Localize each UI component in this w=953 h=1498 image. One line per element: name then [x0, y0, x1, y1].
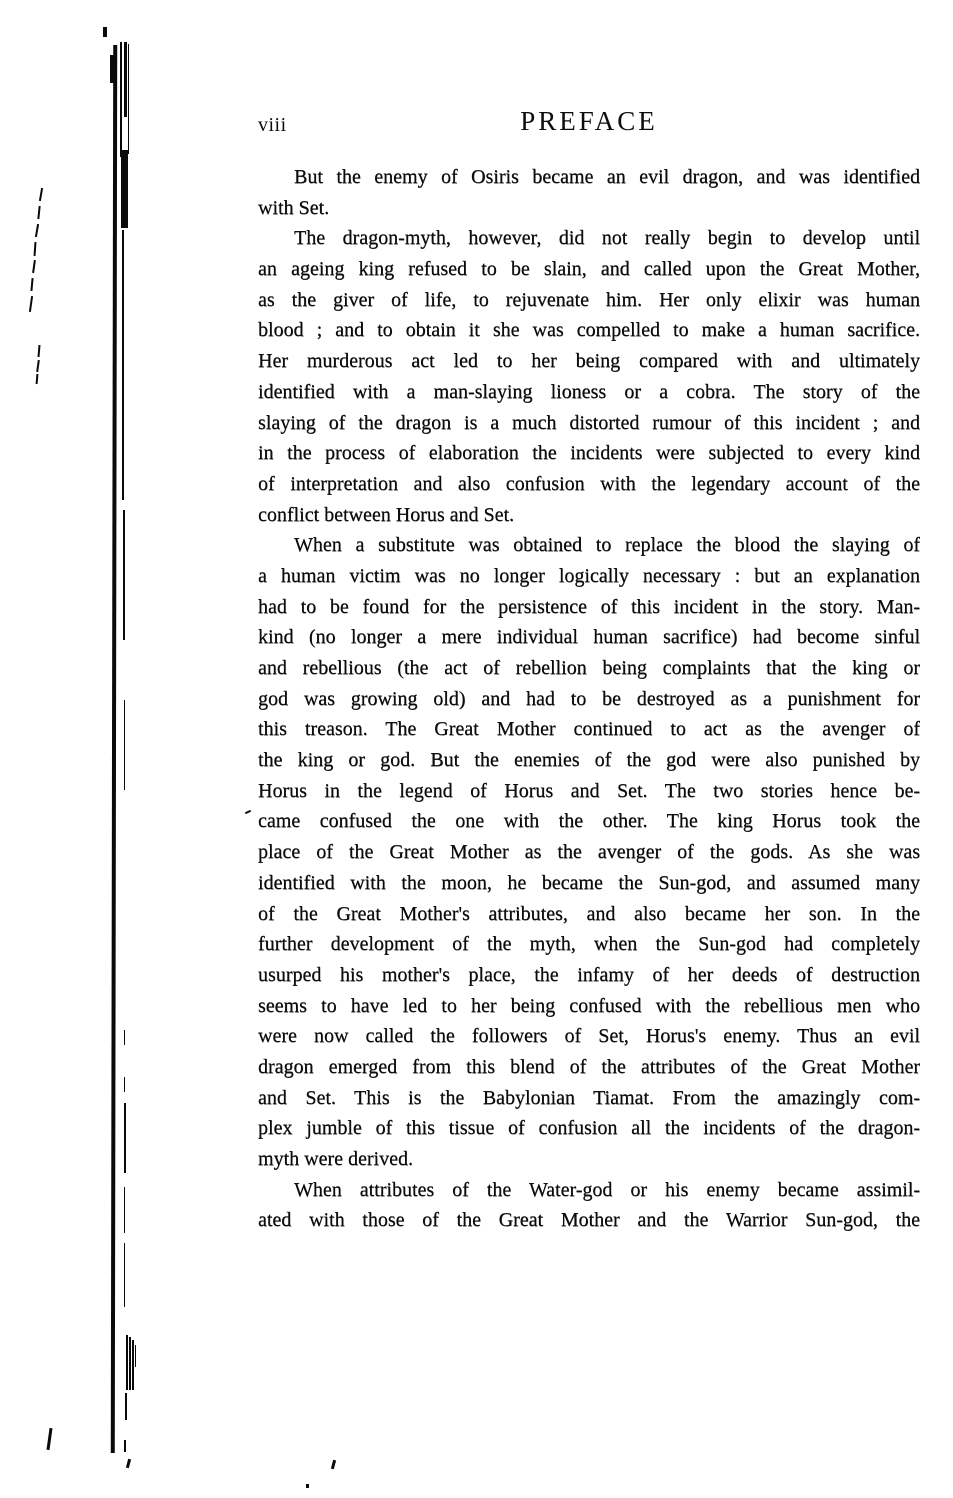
- text-line: dragon emerged from this blend of the at…: [258, 1052, 920, 1083]
- text-line: identified with the moon, he became the …: [258, 868, 920, 899]
- margin-scratch-1g: [29, 296, 33, 312]
- text-line: conflict between Horus and Set.: [258, 500, 920, 531]
- text-line: seems to have led to her being confused …: [258, 991, 920, 1022]
- text-line: Her murderous act led to her being compa…: [258, 346, 920, 377]
- text-line: usurped his mother's place, the infamy o…: [258, 960, 920, 991]
- text-line: of interpretation and also confusion wit…: [258, 469, 920, 500]
- binding-line-secondary-l: [125, 1393, 127, 1420]
- text-line: ated with those of the Great Mother and …: [258, 1205, 920, 1236]
- text-line: kind (no longer a mere individual human …: [258, 622, 920, 653]
- binding-line-secondary-b: [124, 42, 127, 117]
- binding-line-thick-segment: [121, 150, 128, 228]
- binding-line-secondary-i: [124, 1103, 126, 1173]
- margin-scratch-1c: [35, 224, 39, 237]
- text-line: in the process of elaboration the incide…: [258, 438, 920, 469]
- text-line: The dragon-myth, however, did not really…: [258, 223, 920, 254]
- text-line: this treason. The Great Mother continued…: [258, 714, 920, 745]
- margin-scratch-1a: [39, 188, 43, 201]
- binding-line-secondary-d: [122, 230, 124, 500]
- margin-scratch-1b: [37, 206, 40, 219]
- margin-scratch-2b: [36, 360, 40, 372]
- text-line: further development of the myth, when th…: [258, 929, 920, 960]
- text-line: blood ; and to obtain it she was compell…: [258, 315, 920, 346]
- binding-line-secondary-a: [120, 42, 122, 157]
- binding-line-secondary-e: [123, 510, 125, 640]
- binding-hatch-bar-2: [129, 1337, 131, 1390]
- paragraph: But the enemy of Osiris became an evil d…: [258, 162, 920, 223]
- bottom-dot-mark: [306, 1484, 309, 1488]
- bottom-apostrophe-mark-1: [126, 1459, 131, 1468]
- binding-line-secondary-f: [124, 700, 125, 790]
- text-line: were now called the followers of Set, Ho…: [258, 1021, 920, 1052]
- page-title: PREFACE: [258, 106, 920, 136]
- binding-line-main: [111, 45, 117, 1453]
- inline-tick-mark: [245, 810, 251, 814]
- binding-hatch-bar-4: [135, 1345, 136, 1367]
- margin-scratch-2c: [36, 374, 39, 384]
- binding-hatch-bar-3: [132, 1340, 134, 1390]
- paragraph: When a substitute was obtained to replac…: [258, 530, 920, 1174]
- binding-line-secondary-g: [124, 1030, 125, 1045]
- binding-line-secondary-h: [124, 1077, 125, 1092]
- text-line: place of the Great Mother as the avenger…: [258, 837, 920, 868]
- bottom-left-slash-mark: [46, 1428, 52, 1450]
- text-line: god was growing old) and had to be destr…: [258, 684, 920, 715]
- text-line: When a substitute was obtained to replac…: [258, 530, 920, 561]
- margin-scratch-2a: [37, 345, 40, 357]
- binding-line-main-thick-top: [110, 55, 117, 83]
- binding-line-secondary-j: [124, 1187, 125, 1233]
- paragraph: When attributes of the Water-god or his …: [258, 1175, 920, 1236]
- text-line: the king or god. But the enemies of the …: [258, 745, 920, 776]
- text-line: with Set.: [258, 193, 920, 224]
- binding-hatch-bar-1: [126, 1335, 128, 1390]
- text-line: of the Great Mother's attributes, and al…: [258, 899, 920, 930]
- text-line: and rebellious (the act of rebellion bei…: [258, 653, 920, 684]
- text-line: as the giver of life, to rejuvenate him.…: [258, 285, 920, 316]
- preface-text-block: But the enemy of Osiris became an evil d…: [258, 162, 920, 1236]
- bottom-apostrophe-mark-2: [331, 1460, 336, 1469]
- text-line: But the enemy of Osiris became an evil d…: [258, 162, 920, 193]
- top-tick-mark: [103, 27, 107, 37]
- text-line: came confused the one with the other. Th…: [258, 806, 920, 837]
- text-line: a human victim was no longer logically n…: [258, 561, 920, 592]
- page-header: viii PREFACE: [258, 106, 920, 142]
- text-line: an ageing king refused to be slain, and …: [258, 254, 920, 285]
- text-line: identified with a man-slaying lioness or…: [258, 377, 920, 408]
- text-line: slaying of the dragon is a much distorte…: [258, 408, 920, 439]
- text-line: plex jumble of this tissue of confusion …: [258, 1113, 920, 1144]
- paragraph: The dragon-myth, however, did not really…: [258, 223, 920, 530]
- text-line: and Set. This is the Babylonian Tiamat. …: [258, 1083, 920, 1114]
- binding-line-secondary-c: [128, 44, 129, 154]
- binding-line-secondary-m: [124, 1440, 126, 1452]
- binding-line-secondary-k: [124, 1243, 125, 1307]
- margin-scratch-1e: [32, 260, 36, 273]
- margin-scratch-1d: [34, 242, 37, 256]
- text-line: Horus in the legend of Horus and Set. Th…: [258, 776, 920, 807]
- text-line: had to be found for the persistence of t…: [258, 592, 920, 623]
- text-line: myth were derived.: [258, 1144, 920, 1175]
- text-line: When attributes of the Water-god or his …: [258, 1175, 920, 1206]
- margin-scratch-1f: [30, 278, 33, 291]
- scanned-book-page: viii PREFACE But the enemy of Osiris bec…: [0, 0, 953, 1498]
